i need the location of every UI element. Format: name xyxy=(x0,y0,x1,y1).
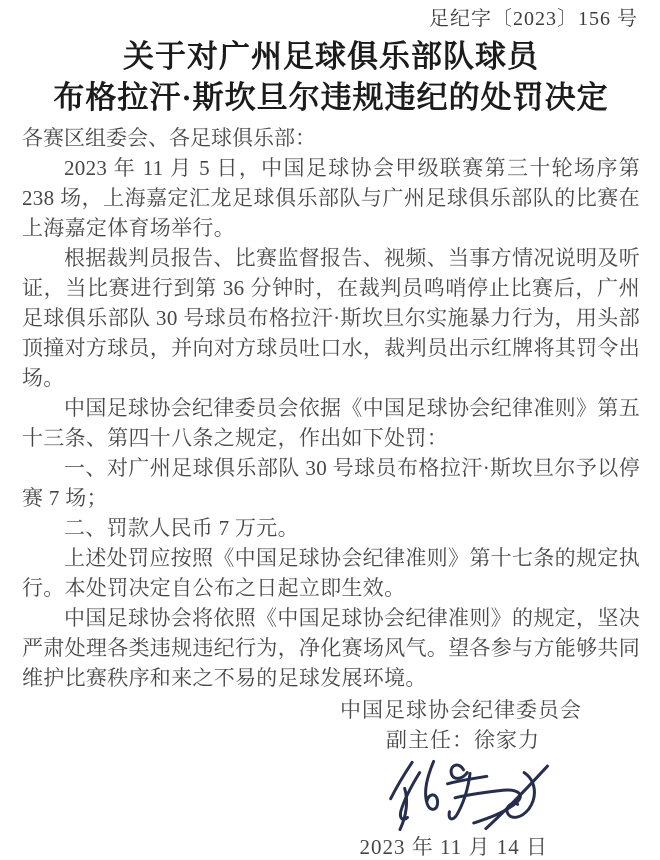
document-page: 足纪字〔2023〕156 号 关于对广州足球俱乐部队球员 布格拉汗·斯坎旦尔违规… xyxy=(0,0,660,860)
paragraph-execution: 上述处罚应按照《中国足球协会纪律准则》第十七条的规定执行。本处罚决定自公布之日起… xyxy=(22,543,640,603)
signature-organization: 中国足球协会纪律委员会 xyxy=(340,695,582,725)
signature-block: 中国足球协会纪律委员会 副主任：徐家力 xyxy=(22,695,640,860)
paragraph-incident-description: 根据裁判员报告、比赛监督报告、视频、当事方情况说明及听证，当比赛进行到第 36 … xyxy=(22,243,640,393)
paragraph-match-info: 2023 年 11 月 5 日，中国足球协会甲级联赛第三十轮场序第 238 场，… xyxy=(22,153,640,243)
paragraph-closing-statement: 中国足球协会将依照《中国足球协会纪律准则》的规定，坚决严肃处理各类违规违纪行为，… xyxy=(22,603,640,693)
doc-title-line1: 关于对广州足球俱乐部队球员 xyxy=(22,36,640,77)
doc-title-line2: 布格拉汗·斯坎旦尔违规违纪的处罚决定 xyxy=(22,77,640,118)
paragraph-penalty-1: 一、对广州足球俱乐部队 30 号球员布格拉汗·斯坎旦尔予以停赛 7 场； xyxy=(22,453,640,513)
paragraph-penalty-2: 二、罚款人民币 7 万元。 xyxy=(22,513,640,543)
handwritten-signature xyxy=(372,753,568,837)
paragraph-ruling-basis: 中国足球协会纪律委员会依据《中国足球协会纪律准则》第五十三条、第四十八条之规定，… xyxy=(22,393,640,453)
signature-date: 2023 年 11 月 14 日 xyxy=(360,833,548,860)
signer-title: 副主任：徐家力 xyxy=(386,725,540,755)
salutation: 各赛区组委会、各足球俱乐部： xyxy=(22,123,640,153)
doc-number: 足纪字〔2023〕156 号 xyxy=(22,6,640,32)
